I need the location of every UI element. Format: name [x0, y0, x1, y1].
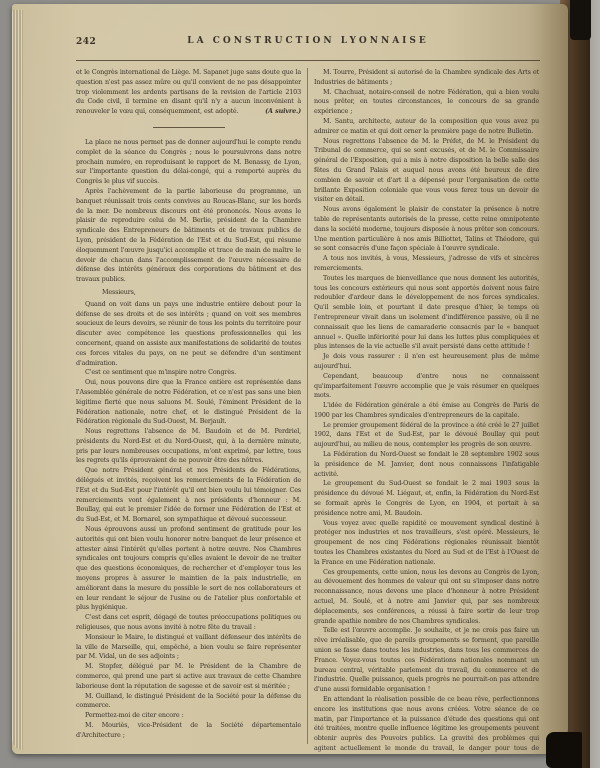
binding-shadow-bottom	[546, 732, 582, 768]
paragraph: L'idée de Fédération générale a été émis…	[314, 401, 539, 421]
page-edge-stack	[12, 10, 23, 750]
paragraph: Vous voyez avec quelle rapidité ce mouve…	[314, 519, 539, 568]
header-rule	[76, 60, 540, 61]
column-divider-rule	[307, 68, 308, 744]
paragraph: Nous éprouvons aussi un profond sentimen…	[76, 525, 301, 613]
scanned-page: 242 LA CONSTRUCTION LYONNAISE et le Cong…	[12, 4, 568, 754]
paragraph: M. Chachuat, notaire-conseil de notre Fé…	[314, 88, 539, 117]
paragraph: A tous nos invités, à vous, Messieurs, j…	[314, 254, 539, 274]
paragraph: Le premier groupement fédéral de la prov…	[314, 421, 539, 450]
paragraph: Quand on voit dans un pays une industrie…	[76, 300, 301, 369]
paragraph: et le Congrès international de Liège. M.…	[76, 68, 301, 117]
paragraph: M. Guilland, le distingué Président de l…	[76, 692, 301, 712]
paragraph: Nous regrettons l'absence de M. le Préfe…	[314, 137, 539, 206]
paragraph: C'est ce sentiment que m'inspire notre C…	[76, 368, 301, 378]
paragraph: M. Mouriès, vice-Président de la Société…	[76, 721, 301, 741]
section-divider	[153, 127, 225, 128]
paragraph: La Fédération du Nord-Ouest se fondait l…	[314, 450, 539, 479]
paragraph: Oui, nous pouvons dire que la France ent…	[76, 378, 301, 427]
page-header: 242 LA CONSTRUCTION LYONNAISE	[76, 35, 540, 51]
paragraph: Je dois vous rassurer : il n'en est heur…	[314, 352, 539, 372]
paragraph: M. Tourre, Président si autorisé de la C…	[314, 68, 539, 88]
text-columns: et le Congrès international de Liège. M.…	[76, 68, 540, 752]
book-scan: 242 LA CONSTRUCTION LYONNAISE et le Cong…	[0, 0, 600, 768]
paragraph: Après l'achèvement de la partie laborieu…	[76, 187, 301, 285]
paragraph: Que notre Président général et nos Prési…	[76, 466, 301, 525]
paragraph: Nous avons également le plaisir de const…	[314, 205, 539, 254]
binding-shadow-top	[570, 0, 591, 40]
paragraph: Messieurs,	[76, 288, 301, 298]
paragraph: Toutes les marques de bienveillance que …	[314, 274, 539, 352]
paragraph: Cependant, beaucoup d'entre nous ne conn…	[314, 372, 539, 401]
next-page-edge	[590, 0, 600, 768]
paragraph: Monsieur le Maire, le distingué et vaill…	[76, 633, 301, 662]
to-be-continued-note: (A suivre.)	[265, 107, 301, 117]
paragraph: En attendant la réalisation possible de …	[314, 695, 539, 752]
paragraph: Nous regrettons l'absence de M. Baudoin …	[76, 427, 301, 466]
paragraph: Ces groupements, cette union, nous les d…	[314, 568, 539, 627]
paragraph: C'est dans cet esprit, dégagé de toutes …	[76, 613, 301, 633]
right-column: M. Tourre, Président si autorisé de la C…	[314, 68, 539, 752]
left-column: et le Congrès international de Liège. M.…	[76, 68, 301, 752]
paragraph: Telle est l'œuvre accomplie. Je souhaite…	[314, 626, 539, 695]
paragraph: M. Stopfer, délégué par M. le Président …	[76, 662, 301, 691]
journal-title: LA CONSTRUCTION LYONNAISE	[76, 36, 540, 46]
paragraph: Le groupement du Sud-Ouest se fondait le…	[314, 479, 539, 518]
paragraph: La place ne nous permet pas de donner au…	[76, 138, 301, 187]
paragraph: Permettez-moi de citer encore :	[76, 711, 301, 721]
paragraph: M. Santu, architecte, auteur de la compo…	[314, 117, 539, 137]
